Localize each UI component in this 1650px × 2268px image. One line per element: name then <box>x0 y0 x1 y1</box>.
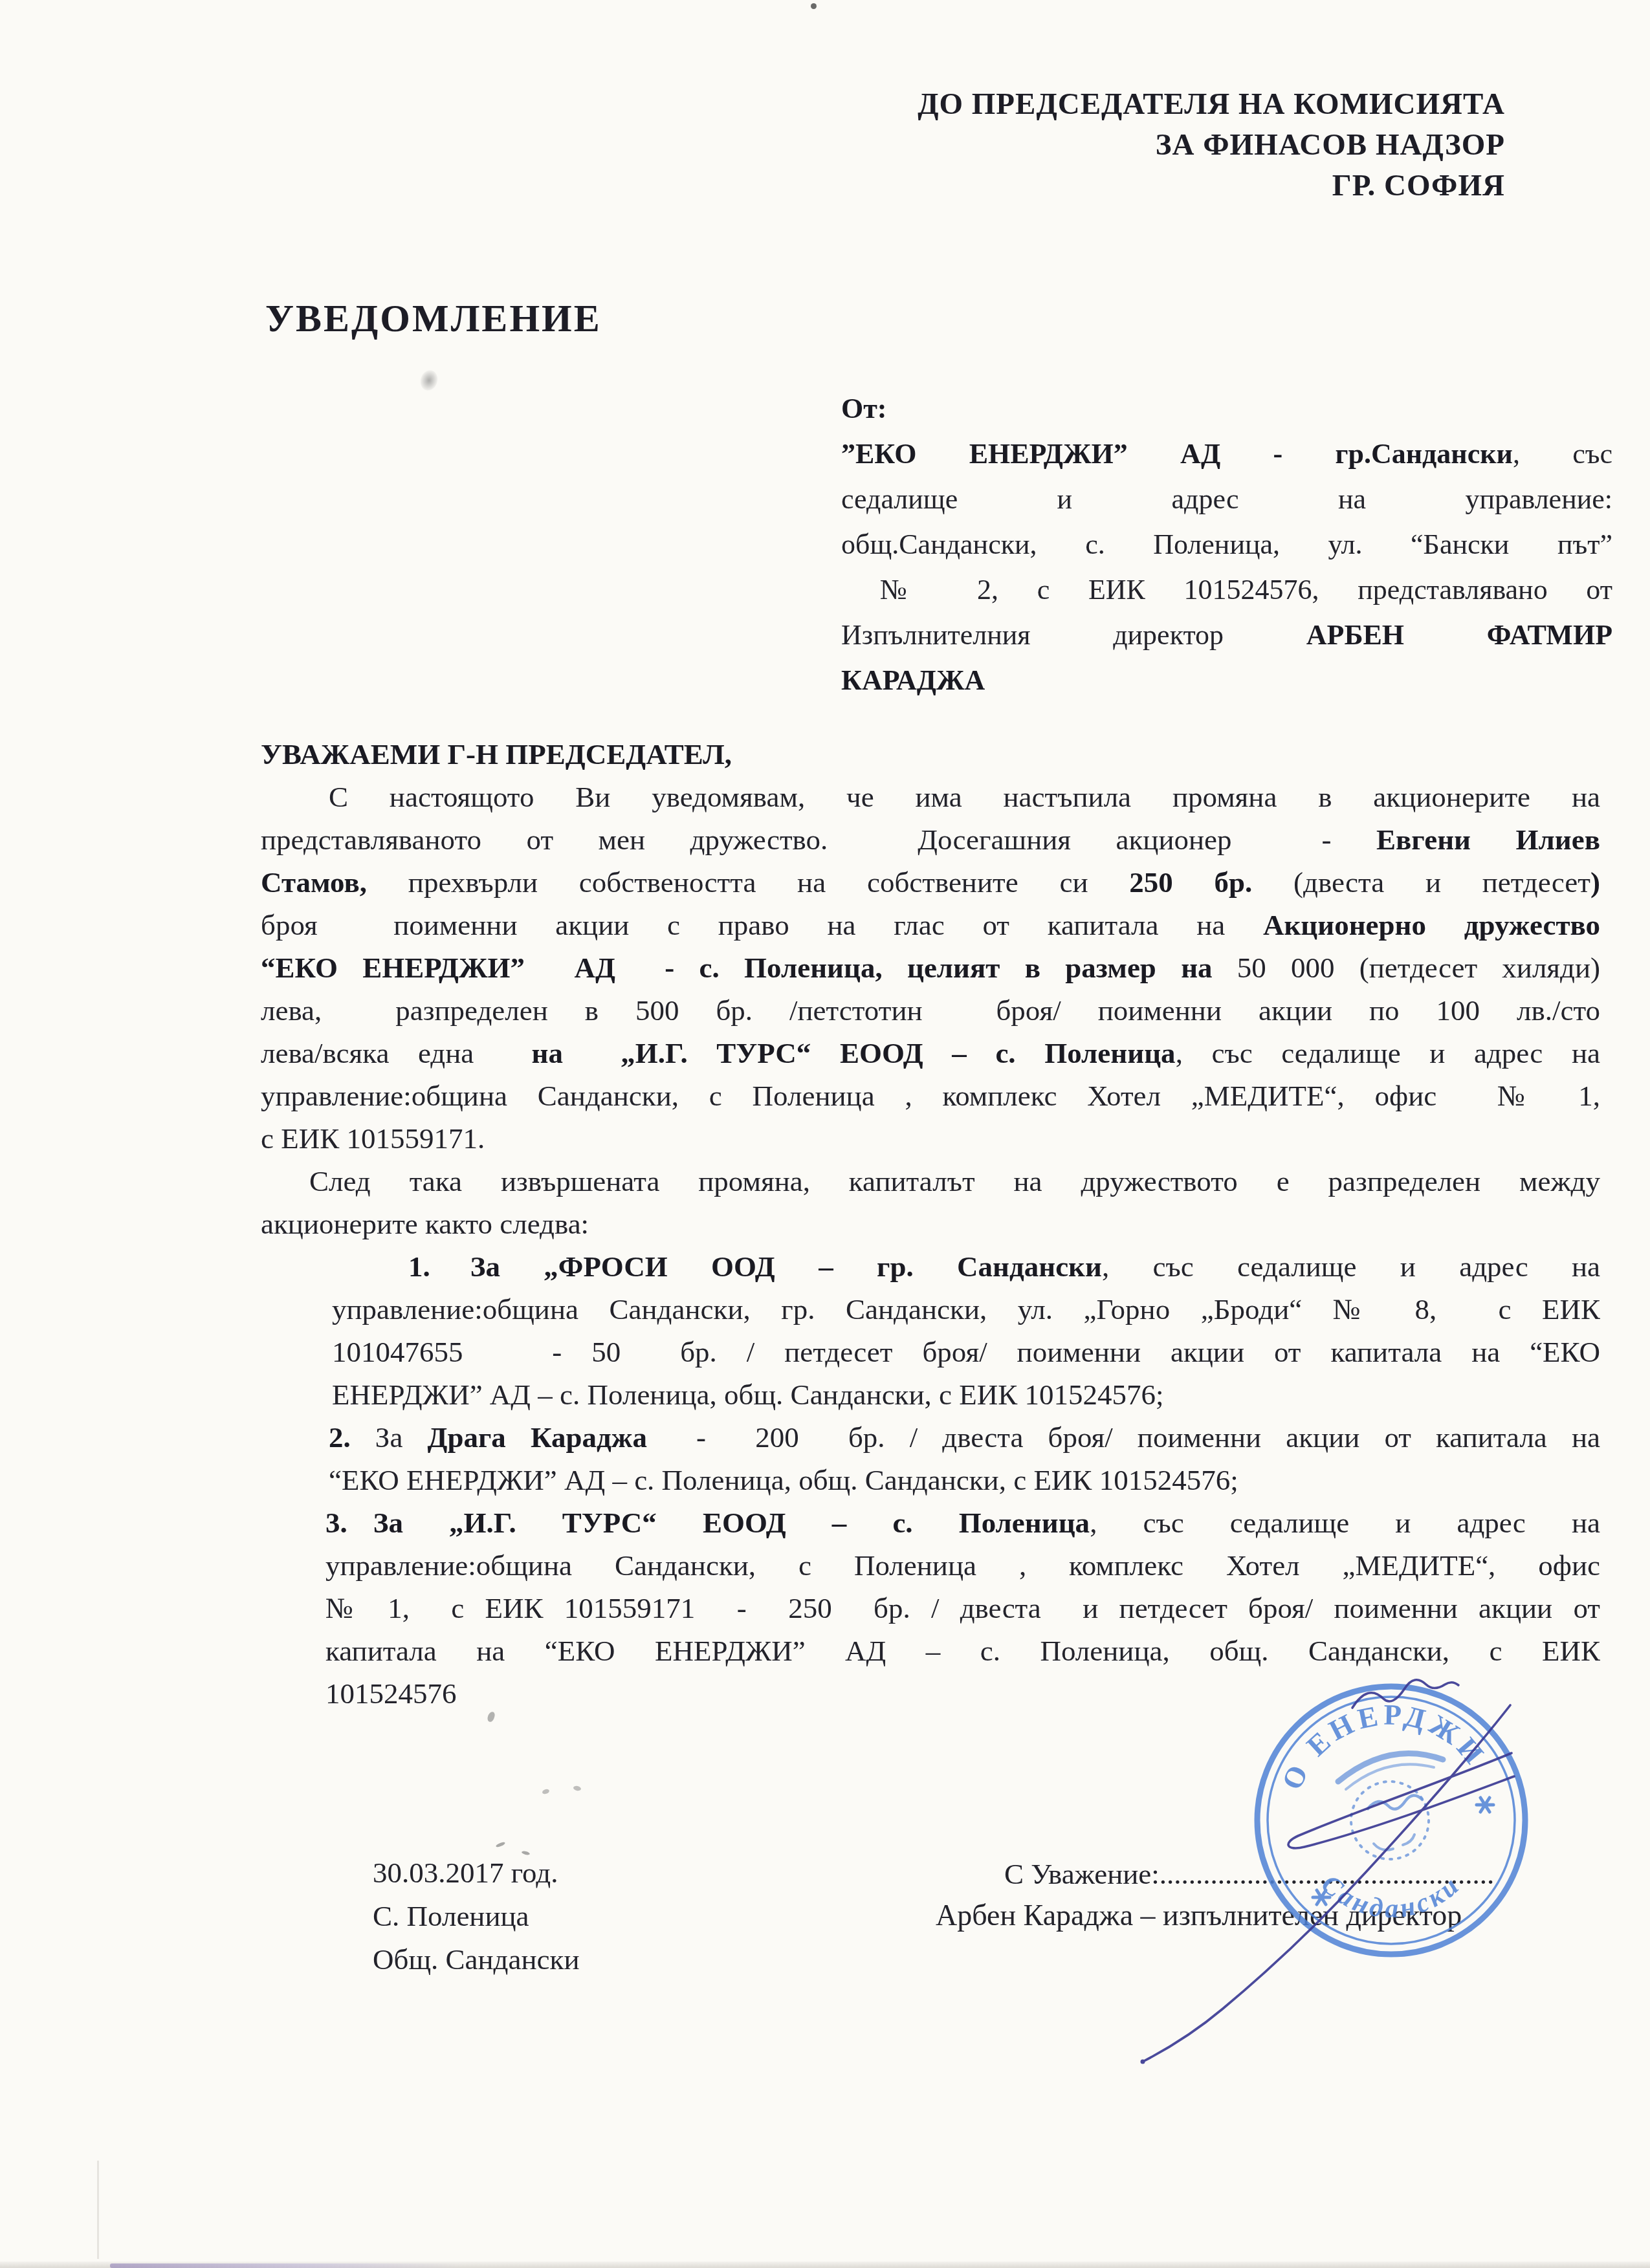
scanned-letter-page: { "document": { "header": { "l1": "ДО ПР… <box>0 0 1650 2268</box>
body-line: представляваното от мен дружество. Досег… <box>261 818 1600 861</box>
sender-line: КАРАДЖА <box>841 658 1612 703</box>
signature-scribble <box>1352 1680 1458 1708</box>
sender-line: Изпълнителния директор АРБЕН ФАТМИР <box>841 613 1612 658</box>
addressee-line: ДО ПРЕДСЕДАТЕЛЯ НА КОМИСИЯТА <box>722 84 1505 125</box>
scan-speck-top <box>811 3 817 9</box>
list-item-2-line: “ЕКО ЕНЕРДЖИ” АД – с. Поленица, общ. Сан… <box>261 1459 1600 1501</box>
letter-date: 30.03.2017 год. <box>373 1851 579 1895</box>
date-place-block: 30.03.2017 год. С. Поленица Общ. Санданс… <box>373 1851 579 1981</box>
letter-place-village: С. Поленица <box>373 1895 579 1938</box>
sender-line: ”ЕКО ЕНЕРДЖИ” АД - гр.Сандански, със <box>841 431 1612 477</box>
signature-tail <box>1144 1705 1510 2061</box>
document-title: УВЕДОМЛЕНИЕ <box>265 296 602 341</box>
scanner-bottom-smear <box>110 2263 463 2268</box>
signature-end-dot <box>1141 2060 1145 2064</box>
sender-line: № 2, с ЕИК 101524576, представлявано от <box>841 567 1612 613</box>
addressee-line: ЗА ФИНАСОВ НАДЗОР <box>722 125 1505 166</box>
body-line: броя поименни акции с право на глас от к… <box>261 904 1600 946</box>
body-line: Стамов, прехвърли собствеността на собст… <box>261 861 1600 904</box>
salutation: УВАЖАЕМИ Г-Н ПРЕДСЕДАТЕЛ, <box>261 733 1600 776</box>
scan-edge-artifact <box>97 2161 99 2259</box>
signature-ink <box>1100 1650 1553 2102</box>
body-line: лева/всяка една на „И.Г. ТУРС“ ЕООД – с.… <box>261 1032 1600 1074</box>
list-item-1-line: 101047655 - 50 бр. / петдесет броя/ поим… <box>261 1331 1600 1373</box>
body-line: С настоящото Ви уведомявам, че има настъ… <box>261 776 1600 818</box>
body-line: с ЕИК 101559171. <box>261 1117 1600 1160</box>
body-line: акционерите както следва: <box>261 1203 1600 1245</box>
list-item-1-line: ЕНЕРДЖИ” АД – с. Поленица, общ. Санданск… <box>261 1373 1600 1416</box>
list-item-1-line: управление:община Сандански, гр. Санданс… <box>261 1288 1600 1331</box>
letter-body: УВАЖАЕМИ Г-Н ПРЕДСЕДАТЕЛ, С настоящото В… <box>261 733 1600 1715</box>
scan-speck <box>542 1788 550 1794</box>
sender-block: От: ”ЕКО ЕНЕРДЖИ” АД - гр.Сандански, със… <box>841 386 1612 703</box>
body-line: След така извършената промяна, капиталът… <box>261 1160 1600 1203</box>
scan-speck <box>496 1841 506 1848</box>
letter-place-municipality: Общ. Сандански <box>373 1938 579 1981</box>
sender-line: общ.Сандански, с. Поленица, ул. “Бански … <box>841 522 1612 567</box>
addressee-line: ГР. СОФИЯ <box>722 166 1505 206</box>
sender-line: седалище и адрес на управление: <box>841 477 1612 522</box>
list-item-3-line: 3.За „И.Г. ТУРС“ ЕООД – с. Поленица, със… <box>261 1501 1600 1544</box>
scan-speck <box>573 1785 581 1791</box>
addressee-block: ДО ПРЕДСЕДАТЕЛЯ НА КОМИСИЯТА ЗА ФИНАСОВ … <box>722 84 1505 206</box>
scan-smudge-under-title <box>418 368 441 393</box>
body-line: “ЕКО ЕНЕРДЖИ” АД - с. Поленица, целият в… <box>261 946 1600 989</box>
list-item-3-line: управление:община Сандански, с Поленица … <box>261 1544 1600 1587</box>
sender-label: От: <box>841 386 1612 431</box>
body-line: управление:община Сандански, с Поленица … <box>261 1074 1600 1117</box>
list-item-1-line: 1.За „ФРОСИ ООД – гр. Сандански, със сед… <box>261 1245 1600 1288</box>
list-item-2-line: 2. За Драга Караджа - 200 бр. / двеста б… <box>261 1416 1600 1459</box>
body-line: лева, разпределен в 500 бр. /петстотин б… <box>261 989 1600 1032</box>
list-item-3-line: № 1, с ЕИК 101559171 - 250 бр. / двеста … <box>261 1587 1600 1630</box>
